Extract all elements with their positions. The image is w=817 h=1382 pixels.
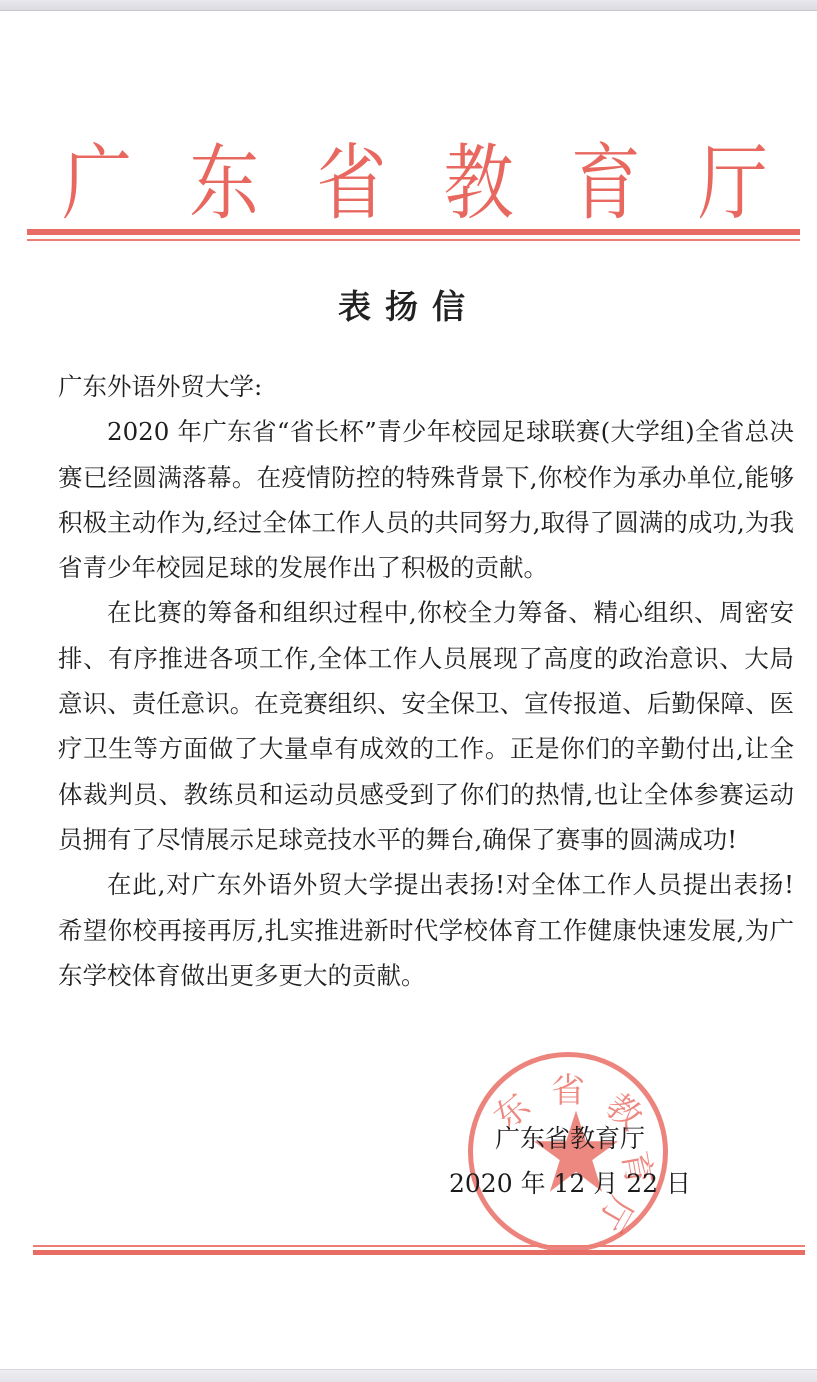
letterhead-char: 广 <box>62 142 132 225</box>
letterhead-rule-thin <box>27 239 800 241</box>
letterhead-char: 教 <box>444 142 514 225</box>
footer-rule-thick <box>33 1250 805 1255</box>
viewer-bottom-bar <box>0 1369 817 1382</box>
signature-date: 2020 年 12 月 22 日 <box>440 1164 700 1200</box>
letterhead-char: 省 <box>316 142 386 225</box>
footer-rule-thin <box>33 1245 805 1247</box>
seal-char: 省 <box>551 1063 585 1112</box>
paragraph: 在此,对广东外语外贸大学提出表扬!对全体工作人员提出表扬!希望你校再接再厉,扎实… <box>58 862 794 998</box>
letter-body: 广东外语外贸大学: 2020 年广东省“省长杯”青少年校园足球联赛(大学组)全省… <box>58 364 794 998</box>
letterhead-char: 育 <box>571 142 641 225</box>
paragraph: 2020 年广东省“省长杯”青少年校园足球联赛(大学组)全省总决赛已经圆满落幕。… <box>58 409 794 590</box>
letterhead: 广 东 省 教 育 厅 <box>40 138 790 228</box>
salutation: 广东外语外贸大学: <box>58 364 794 409</box>
signature-organization: 广东省教育厅 <box>440 1119 700 1155</box>
letterhead-char: 厅 <box>698 142 768 225</box>
document-title: 表扬信 <box>0 281 817 328</box>
letterhead-rule-thick <box>27 229 800 235</box>
viewer-top-bar <box>0 0 817 11</box>
letterhead-char: 东 <box>189 142 259 225</box>
paragraph: 在比赛的筹备和组织过程中,你校全力筹备、精心组织、周密安排、有序推进各项工作,全… <box>58 590 794 862</box>
